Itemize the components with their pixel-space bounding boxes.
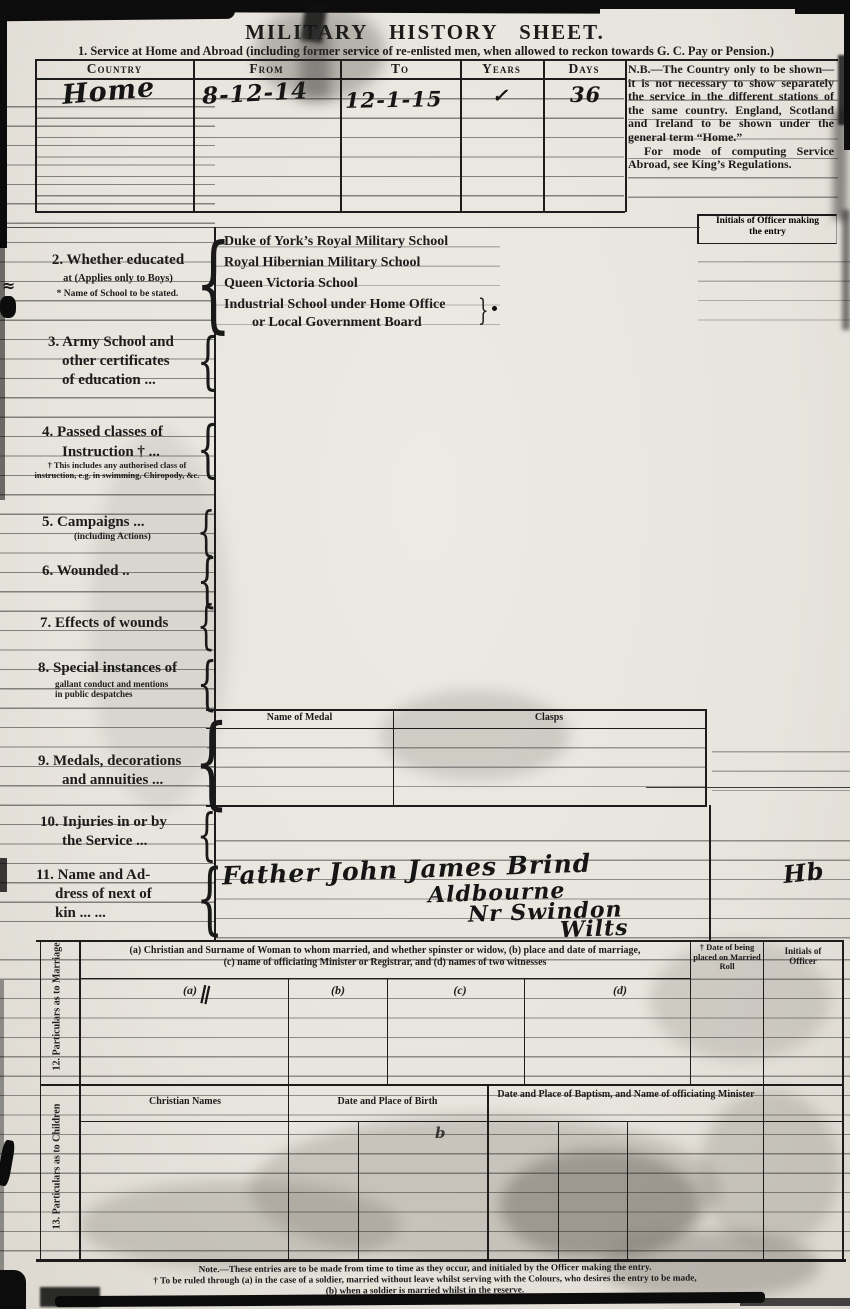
- military-history-sheet: MILITARY HISTORY SHEET. 1. Service at Ho…: [0, 0, 850, 1309]
- item8-sub1: gallant conduct and mentions: [55, 679, 168, 689]
- table-line: [0, 227, 700, 228]
- table-line: [206, 728, 707, 729]
- school-option: or Local Government Board: [252, 315, 422, 331]
- item10-label: 10. Injuries in or by: [40, 814, 167, 831]
- children-col-birth: Date and Place of Birth: [295, 1096, 480, 1107]
- item8-label: 8. Special instances of: [38, 660, 177, 677]
- nb-note-para1: N.B.—The Country only to be shown—it is …: [628, 63, 834, 145]
- item3-label: 3. Army School and: [48, 334, 174, 351]
- ruled-lines: [712, 733, 850, 809]
- item9-label2: and annuities ...: [62, 772, 163, 789]
- marriage-header-line1: (a) Christian and Surname of Woman to wh…: [85, 945, 685, 956]
- table-line: [625, 59, 627, 212]
- item4-footnote: † This includes any authorised class of …: [32, 461, 202, 480]
- item11-label3: kin ... ...: [55, 905, 106, 922]
- initials-of-officer-box: Initials of Officer making the entry: [697, 214, 837, 244]
- item4-label2: Instruction † ...: [62, 444, 160, 461]
- scan-edge-artifact: [230, 0, 600, 14]
- school-option: Duke of York’s Royal Military School: [224, 234, 448, 250]
- table-line: [288, 1084, 289, 1260]
- table-line: [206, 709, 707, 711]
- item3-label3: of education ...: [62, 372, 156, 389]
- children-col-baptism: Date and Place of Baptism, and Name of o…: [497, 1089, 755, 1100]
- school-option: Queen Victoria School: [224, 276, 358, 292]
- table-line: [763, 940, 764, 1261]
- marriage-header-line2: (c) name of officiating Minister or Regi…: [85, 957, 685, 968]
- scan-edge-artifact: [795, 0, 850, 14]
- scan-edge-artifact: [833, 110, 847, 220]
- marriage-side-label: 12. Particulars as to Marriage: [52, 932, 63, 1082]
- officer-initials: Hb: [782, 856, 826, 889]
- ruled-lines: [698, 243, 850, 339]
- medal-col-clasps: Clasps: [393, 712, 705, 723]
- initials-box-label: Initials of Officer making the entry: [713, 216, 823, 238]
- school-option: Royal Hibernian Military School: [224, 255, 420, 271]
- nb-note-para2: For mode of computing Service Abroad, se…: [628, 145, 834, 172]
- table-line: [387, 978, 388, 1085]
- brace: {: [197, 600, 215, 652]
- table-line: [524, 978, 525, 1085]
- item4-label: 4. Passed classes of: [42, 424, 163, 441]
- entry-years-tick: ✓: [492, 85, 509, 107]
- table-line: [709, 805, 711, 940]
- scan-edge-artifact: [0, 1270, 26, 1309]
- table-line: [646, 787, 850, 788]
- entry-from: 8-12-14: [201, 77, 308, 110]
- table-line: [393, 709, 394, 807]
- item5-label: 5. Campaigns ...: [42, 514, 145, 531]
- brace: }: [478, 296, 489, 326]
- col-header-years: Years: [460, 61, 543, 77]
- item3-label2: other certificates: [62, 353, 170, 370]
- scan-edge-artifact: [740, 1298, 850, 1306]
- table-line: [705, 709, 707, 807]
- brace: {: [197, 330, 219, 392]
- entry-days: 36: [570, 82, 601, 107]
- item11-label2: dress of next of: [55, 886, 152, 903]
- table-line: [487, 1084, 489, 1260]
- item11-label: 11. Name and Ad-: [36, 867, 150, 884]
- scan-edge-artifact: [0, 0, 235, 21]
- table-line: [358, 1121, 359, 1260]
- pencil-mark: ≈: [2, 276, 16, 295]
- marriage-col-b: (b): [318, 983, 358, 998]
- table-line: [79, 978, 691, 979]
- col-header-days: Days: [543, 61, 625, 77]
- table-line: [627, 1121, 628, 1260]
- item2-sub1: at (Applies only to Boys): [38, 273, 198, 284]
- scan-edge-artifact: [0, 980, 4, 1280]
- item8-sub2: in public despatches: [55, 689, 133, 699]
- table-line: [842, 940, 844, 1261]
- scan-edge-artifact: [40, 1287, 100, 1307]
- children-side-label: 13. Particulars as to Children: [52, 1092, 63, 1242]
- item5-sub: (including Actions): [74, 532, 151, 542]
- marriage-col-d: (d): [595, 983, 645, 998]
- children-ink-mark: b: [435, 1124, 447, 1142]
- school-option: Industrial School under Home Office: [224, 297, 445, 313]
- table-line: [40, 940, 41, 1261]
- scan-edge-artifact: [0, 8, 7, 248]
- scan-edge-artifact: [0, 858, 7, 892]
- item2-label: 2. Whether educated: [38, 252, 198, 269]
- item7-label: 7. Effects of wounds: [40, 615, 168, 632]
- brace: {: [196, 860, 223, 938]
- item2-sub2: * Name of School to be stated.: [30, 289, 205, 299]
- table-line: [79, 1121, 843, 1122]
- table-line: [79, 940, 81, 1261]
- table-line: [206, 805, 707, 807]
- item10-label2: the Service ...: [62, 833, 147, 850]
- page-title: MILITARY HISTORY SHEET.: [0, 20, 850, 45]
- entry-to: 12-1-15: [345, 86, 443, 113]
- ruled-lines: [207, 729, 705, 807]
- scan-edge-artifact: [300, 30, 330, 100]
- scan-edge-artifact: [0, 296, 16, 318]
- table-line: [288, 978, 289, 1085]
- children-col-names: Christian Names: [90, 1096, 280, 1107]
- service-heading: 1. Service at Home and Abroad (including…: [70, 44, 782, 61]
- table-line: [193, 59, 195, 212]
- table-line: [35, 59, 37, 212]
- medal-col-name: Name of Medal: [206, 712, 393, 723]
- table-line: [558, 1121, 559, 1260]
- ink-dot: [492, 306, 497, 311]
- table-line: [36, 1259, 846, 1262]
- item6-label: 6. Wounded ..: [42, 563, 130, 580]
- table-line: [340, 59, 342, 212]
- brace: {: [194, 712, 229, 812]
- table-line: [40, 1084, 843, 1086]
- table-line: [543, 59, 545, 212]
- marriage-col-c: (c): [435, 983, 485, 998]
- scan-edge-artifact: [842, 210, 850, 330]
- married-roll-header: † Date of being placed on Married Roll: [692, 943, 762, 972]
- col-header-to: To: [340, 61, 460, 77]
- next-of-kin-county: Wilts: [560, 915, 629, 943]
- item9-label: 9. Medals, decorations: [38, 753, 181, 770]
- marriage-col-a: (a): [150, 983, 230, 998]
- nb-note: N.B.—The Country only to be shown—it is …: [628, 63, 834, 172]
- marriage-initials-header: Initials of Officer: [773, 946, 833, 966]
- table-line: [35, 211, 625, 213]
- table-line: [460, 59, 462, 212]
